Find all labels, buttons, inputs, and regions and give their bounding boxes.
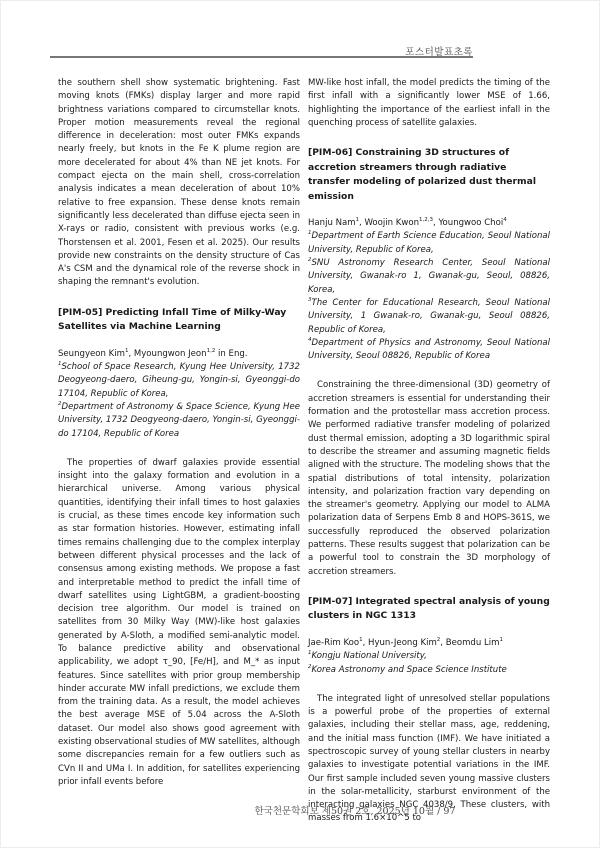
author-name: Youngwoo Choi (438, 218, 503, 228)
author-name: Seungyeon Kim (58, 349, 125, 359)
affiliation-text: Department of Earth Science Education, S… (308, 231, 550, 254)
affiliation-text: The Center for Educational Research, Seo… (308, 298, 550, 335)
affiliation-text: Department of Astronomy & Space Science,… (58, 402, 300, 439)
author-name: Beomdu Lim (446, 638, 500, 648)
affiliation: 1Kongju National University, (308, 650, 550, 663)
author-list: Jae-Rim Koo1, Hyun-Jeong Kim2, Beomdu Li… (308, 637, 550, 650)
abstract-body: The properties of dwarf galaxies provide… (58, 457, 300, 789)
affiliation-text: Department of Physics and Astronomy, Seo… (308, 338, 550, 361)
affiliation: 1School of Space Research, Kyung Hee Uni… (58, 361, 300, 401)
author-name: Hanju Nam (308, 218, 356, 228)
page-footer: 한국천문학회보 제50권 2호, 2025년 10월 / 97 (0, 803, 600, 817)
author-name: Woojin Kwon (364, 218, 419, 228)
author-separator: in Eng. (215, 349, 247, 359)
affiliation: 1Department of Earth Science Education, … (308, 230, 550, 257)
abstract-pim-06: [PIM-06] Constraining 3D structures of a… (308, 146, 550, 579)
abstract-pim-07: [PIM-07] Integrated spectral analysis of… (308, 595, 550, 826)
author-name: Myoungwon Jeon (134, 349, 207, 359)
abstract-title: [PIM-07] Integrated spectral analysis of… (308, 595, 550, 624)
abstract-title: [PIM-05] Predicting Infall Time of Milky… (58, 306, 300, 335)
affiliation-text: Kongju National University, (312, 651, 427, 661)
affiliation: 2Department of Astronomy & Space Science… (58, 401, 300, 441)
author-affiliation-marker: 1 (499, 637, 503, 643)
continued-paragraph: the southern shell show systematic brigh… (58, 77, 300, 290)
affiliation: 2SNU Astronomy Research Center, Seoul Na… (308, 257, 550, 297)
affiliation: 3The Center for Educational Research, Se… (308, 297, 550, 337)
continued-paragraph: MW-like host infall, the model predicts … (308, 77, 550, 130)
header-rule (50, 56, 473, 58)
author-list: Seungyeon Kim1, Myoungwon Jeon1,2 in Eng… (58, 348, 300, 361)
author-list: Hanju Nam1, Woojin Kwon1,2,3, Youngwoo C… (308, 217, 550, 230)
author-affiliation-marker: 4 (503, 217, 507, 223)
affiliation: 2Korea Astronomy and Space Science Insti… (308, 664, 550, 677)
abstract-body: Constraining the three-dimensional (3D) … (308, 379, 550, 578)
author-name: Jae-Rim Koo (308, 638, 359, 648)
affiliation-text: Korea Astronomy and Space Science Instit… (312, 665, 507, 675)
affiliation-text: SNU Astronomy Research Center, Seoul Nat… (308, 258, 550, 295)
left-column: the southern shell show systematic brigh… (58, 77, 300, 789)
abstract-pim-05: [PIM-05] Predicting Infall Time of Milky… (58, 306, 300, 790)
author-affiliation-marker: 1,2,3 (419, 217, 433, 223)
affiliation: 4Department of Physics and Astronomy, Se… (308, 337, 550, 364)
right-column: MW-like host infall, the model predicts … (308, 77, 550, 826)
abstract-title: [PIM-06] Constraining 3D structures of a… (308, 146, 550, 204)
affiliation-text: School of Space Research, Kyung Hee Univ… (58, 362, 300, 399)
author-name: Hyun-Jeong Kim (368, 638, 437, 648)
